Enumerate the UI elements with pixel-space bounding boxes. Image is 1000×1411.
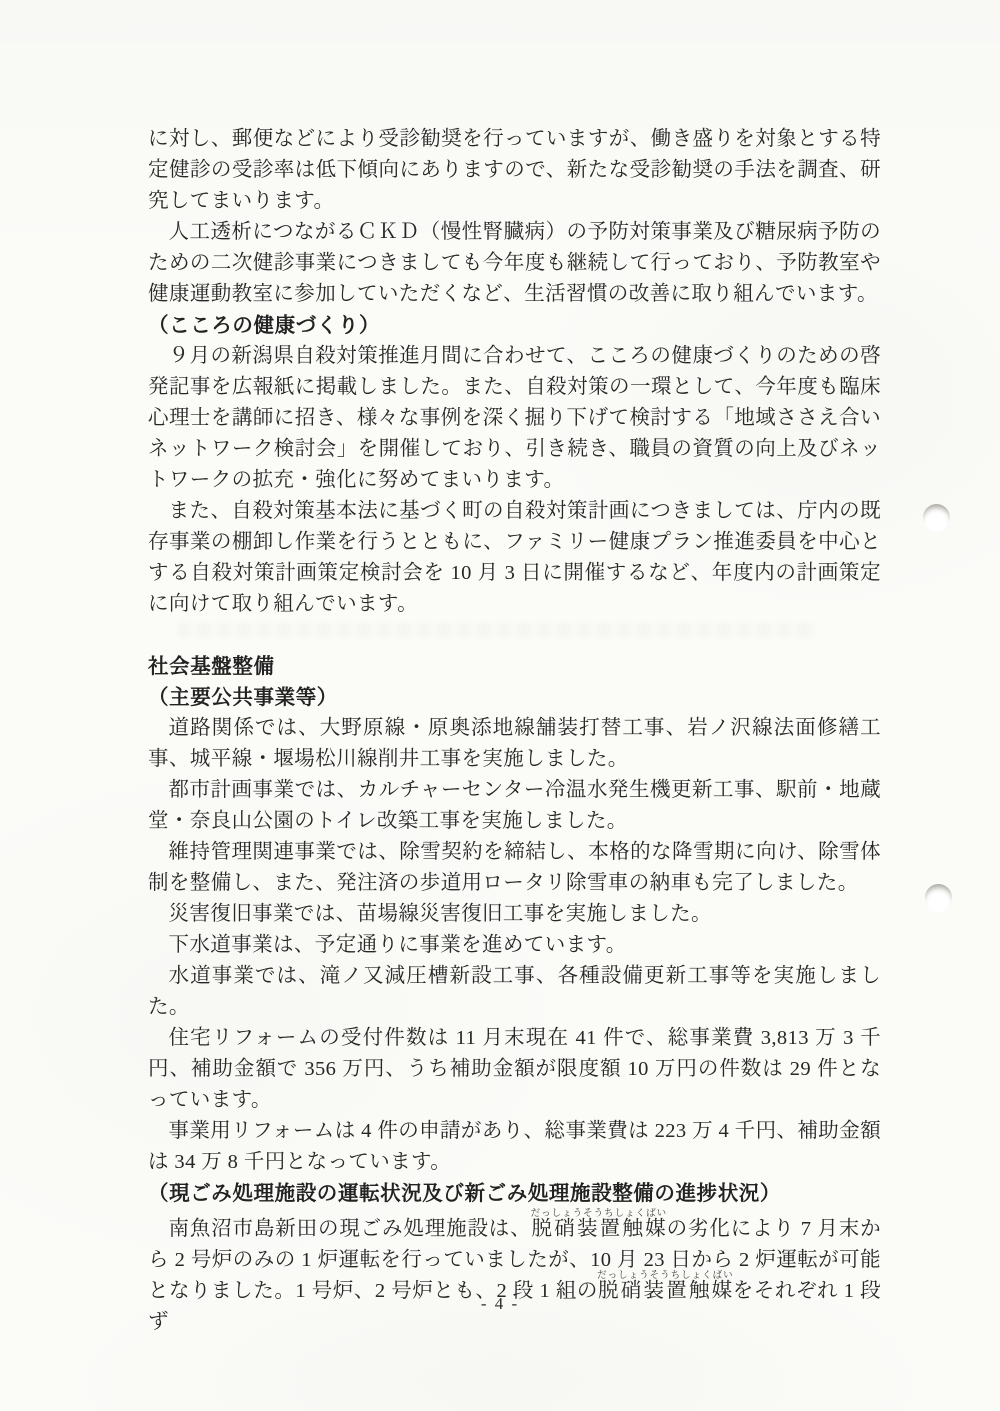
heading-waste-facility-status: （現ごみ処理施設の運転状況及び新ごみ処理施設整備の進捗状況）: [148, 1178, 881, 1209]
para-suicide-prevention-plan: また、自殺対策基本法に基づく町の自殺対策計画につきましては、庁内の既存事業の棚卸…: [148, 496, 881, 620]
para-waterworks: 水道事業では、滝ノ又減圧槽新設工事、各種設備更新工事等を実施しました。: [148, 961, 881, 1023]
para-disaster-recovery: 災害復旧事業では、苗場線災害復旧工事を実施しました。: [148, 899, 881, 930]
scanned-document-page: に対し、郵便などにより受診勧奨を行っていますが、働き盛りを対象とする特定健診の受…: [0, 0, 1000, 1411]
para-business-reform: 事業用リフォームは 4 件の申請があり、総事業費は 223 万 4 千円、補助金…: [148, 1116, 881, 1178]
waste-facility-text-segment-1: 南魚沼市島新田の現ごみ処理施設は、: [169, 1218, 532, 1240]
para-suicide-prevention-awareness: ９月の新潟県自殺対策推進月間に合わせて、こころの健康づくりのための啓発記事を広報…: [148, 341, 881, 496]
para-waste-facility-status: 南魚沼市島新田の現ごみ処理施設は、脱硝装置触媒だっしょうそうちしょくばいの劣化に…: [148, 1209, 881, 1338]
para-sewerage: 下水道事業は、予定通りに事業を進めています。: [148, 930, 881, 961]
para-ckd-prevention: 人工透析につながるＣＫＤ（慢性腎臓病）の予防対策事業及び糖尿病予防のための二次健…: [148, 217, 881, 310]
ruby-furigana-text: だっしょうそうちしょくばい: [597, 1271, 734, 1281]
section-gap: [148, 623, 881, 651]
ruby-furigana-text: だっしょうそうちしょくばい: [531, 1209, 668, 1219]
ruby-base-text: 脱硝装置触媒: [531, 1218, 668, 1240]
punch-hole-top: [923, 504, 950, 531]
para-checkup-promotion: に対し、郵便などにより受診勧奨を行っていますが、働き盛りを対象とする特定健診の受…: [148, 124, 881, 217]
show-through-artifact: [178, 623, 818, 637]
document-body: に対し、郵便などにより受診勧奨を行っていますが、働き盛りを対象とする特定健診の受…: [148, 124, 881, 1338]
para-urban-planning: 都市計画事業では、カルチャーセンター冷温水発生機更新工事、駅前・地蔵堂・奈良山公…: [148, 775, 881, 837]
para-road-works: 道路関係では、大野原線・原奥添地線舗装打替工事、岩ノ沢線法面修繕工事、城平線・堰…: [148, 713, 881, 775]
punch-hole-bottom: [925, 884, 952, 911]
heading-major-public-works: （主要公共事業等）: [148, 682, 881, 713]
page-number: - 4 -: [0, 1294, 1000, 1314]
para-maintenance-snow-removal: 維持管理関連事業では、除雪契約を締結し、本格的な降雪期に向け、除雪体制を整備し、…: [148, 837, 881, 899]
heading-infrastructure: 社会基盤整備: [148, 651, 881, 682]
para-housing-reform: 住宅リフォームの受付件数は 11 月末現在 41 件で、総事業費 3,813 万…: [148, 1023, 881, 1116]
heading-kokoro-health: （こころの健康づくり）: [148, 310, 881, 341]
ruby-denitration-catalyst-1: 脱硝装置触媒だっしょうそうちしょくばい: [532, 1218, 667, 1240]
